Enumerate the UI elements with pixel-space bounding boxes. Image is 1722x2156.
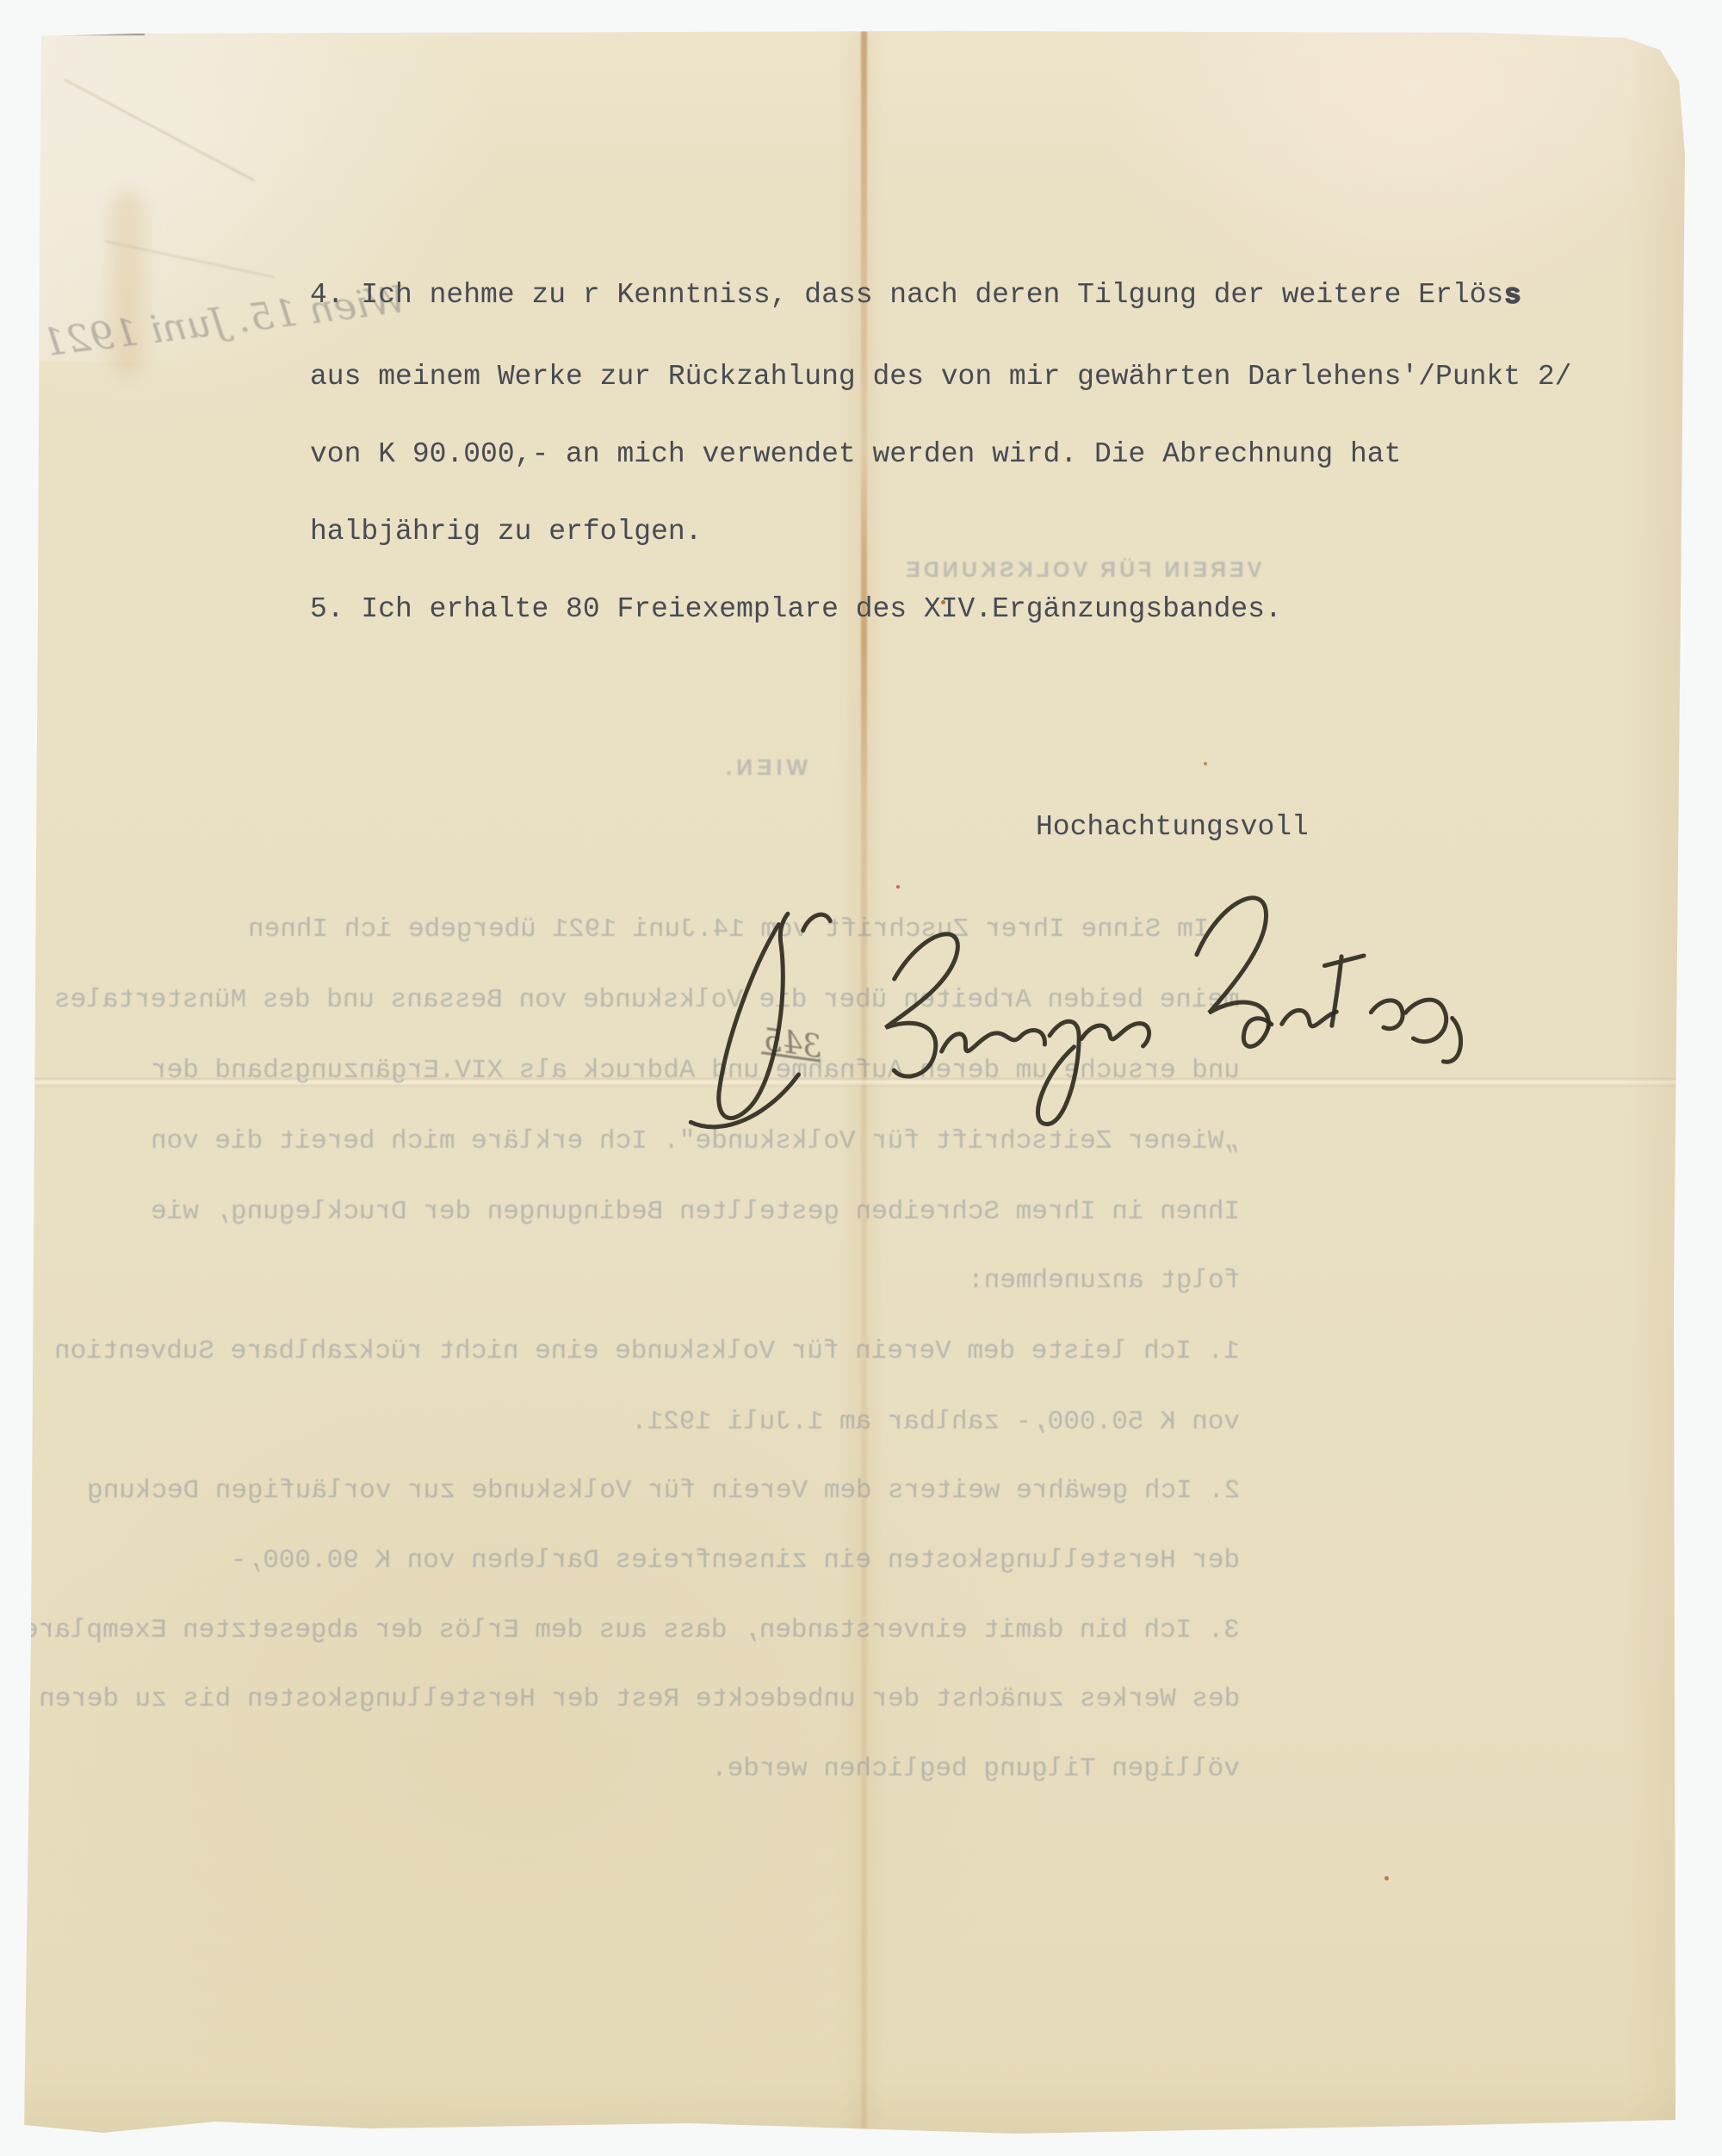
paper-speck xyxy=(1204,762,1207,765)
body-line-item4-3: von K 90.000,- an mich verwendet werden … xyxy=(310,438,1401,470)
bleedthrough-line: Ihnen in Ihrem Schreiben gestellten Bedi… xyxy=(151,1197,1240,1227)
bleedthrough-line: 1. Ich leiste dem Verein für Volkskunde … xyxy=(54,1336,1240,1366)
body-line-item5: 5. Ich erhalte 80 Freiexemplare des XIV.… xyxy=(310,593,1282,625)
body-line-item4-1-text: 4. Ich nehme zu r Kenntniss, dass nach d… xyxy=(310,279,1503,311)
right-edge-shading xyxy=(1626,34,1686,2130)
paper-speck xyxy=(1384,1876,1389,1880)
closing-salutation: Hochachtungsvoll xyxy=(1036,811,1309,843)
bleedthrough-line: folgt anzunehmen: xyxy=(968,1266,1240,1296)
bleedthrough-line: 3. Ich bin damit einverstanden, dass aus… xyxy=(22,1615,1240,1645)
bleedthrough-line: von K 50.000,- zahlbar am 1.Juli 1921. xyxy=(631,1407,1240,1437)
bottom-edge-shading xyxy=(26,2082,1684,2134)
bleedthrough-line: des Werkes zunächst der unbedeckte Rest … xyxy=(39,1684,1240,1714)
signature-handwriting xyxy=(632,848,1502,1171)
overstruck-character: s xyxy=(1503,279,1521,311)
corner-crease-line xyxy=(105,240,274,278)
corner-crease-line xyxy=(64,78,255,181)
top-edge-dark-mark xyxy=(41,33,145,35)
bleedthrough-line: völligen Tilgung beglichen werde. xyxy=(711,1754,1240,1784)
body-line-item4-4: halbjährig zu erfolgen. xyxy=(310,516,702,548)
bleedthrough-line: der Herstellungskosten ein zinsenfreies … xyxy=(231,1546,1240,1576)
bleedthrough-line: 2. Ich gewähre weiters dem Verein für Vo… xyxy=(87,1476,1240,1506)
body-line-item4-1: 4. Ich nehme zu r Kenntniss, dass nach d… xyxy=(310,279,1521,311)
body-line-item4-2: aus meinem Werke zur Rückzahlung des von… xyxy=(310,361,1571,393)
bleedthrough-letterhead: VEREIN FÜR VOLKSKUNDE xyxy=(902,558,1261,583)
bleedthrough-letterhead-city: WIEN. xyxy=(722,754,808,781)
letter-page: Wien 15. Juni 1921 VEREIN FÜR VOLKSKUNDE… xyxy=(0,0,1722,2156)
